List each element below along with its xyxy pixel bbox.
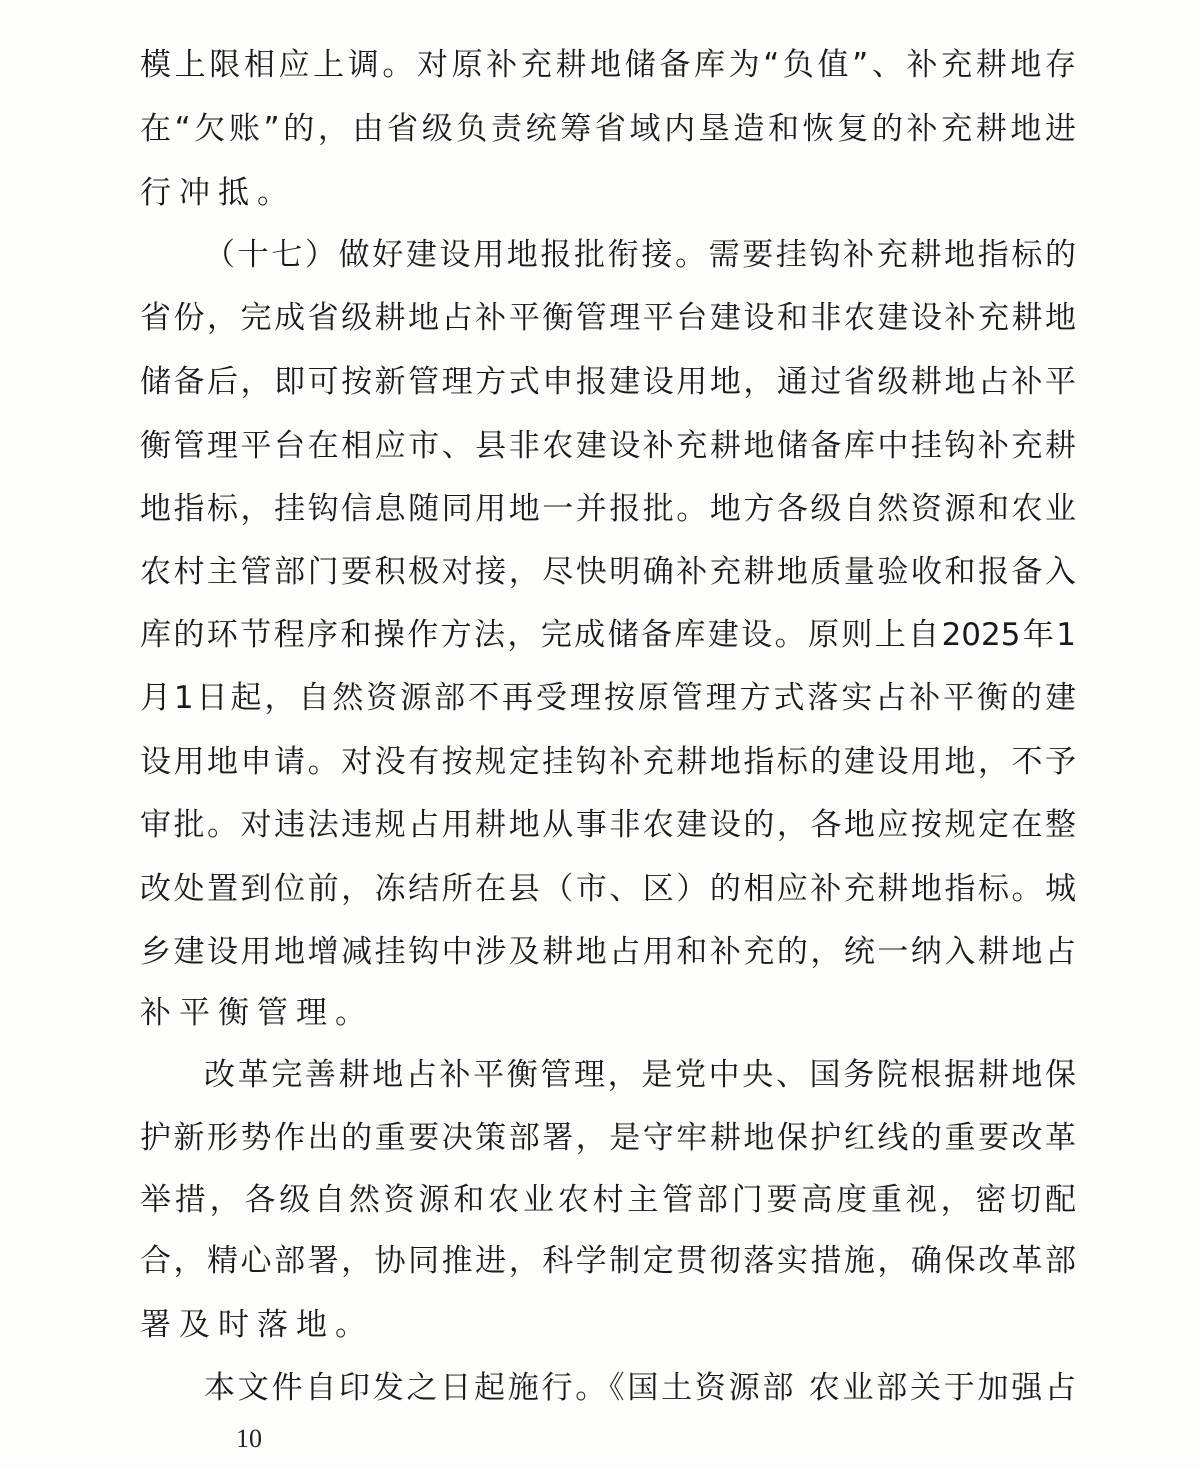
text-line: 乡建设用地增减挂钩中涉及耕地占用和补充的，统一纳入耕地占: [140, 930, 1076, 974]
text-line: 储备后，即可按新管理方式申报建设用地，通过省级耕地占补平: [140, 360, 1076, 404]
text-line: 补平衡管理。: [140, 991, 1076, 1035]
text-line: 行冲抵。: [140, 171, 1076, 215]
text-line: 署及时落地。: [140, 1303, 1076, 1347]
text-line: 举措，各级自然资源和农业农村主管部门要高度重视，密切配: [140, 1178, 1076, 1222]
text-line: 护新形势作出的重要决策部署，是守牢耕地保护红线的重要改革: [140, 1116, 1076, 1160]
text-line: 农村主管部门要积极对接，尽快明确补充耕地质量验收和报备入: [140, 550, 1076, 594]
text-line: 库的环节程序和操作方法，完成储备库建设。原则上自2025年1: [140, 613, 1076, 657]
document-page: 模上限相应上调。对原补充耕地储备库为“负值”、补充耕地存 在“欠账”的，由省级负…: [0, 0, 1200, 1469]
text-line: 地指标，挂钩信息随同用地一并报批。地方各级自然资源和农业: [140, 487, 1076, 531]
text-line: 审批。对违法违规占用耕地从事非农建设的，各地应按规定在整: [140, 803, 1076, 847]
text-line: 在“欠账”的，由省级负责统筹省域内垦造和恢复的补充耕地进: [140, 107, 1076, 151]
text-line: 设用地申请。对没有按规定挂钩补充耕地指标的建设用地，不予: [140, 740, 1076, 784]
text-line: 合，精心部署，协同推进，科学制定贯彻落实措施，确保改革部: [140, 1239, 1076, 1283]
text-line: 模上限相应上调。对原补充耕地储备库为“负值”、补充耕地存: [140, 43, 1076, 87]
text-line: 省份，完成省级耕地占补平衡管理平台建设和非农建设补充耕地: [140, 296, 1076, 340]
text-line: 本文件自印发之日起施行。《国土资源部 农业部关于加强占: [204, 1366, 1076, 1410]
text-line: 衡管理平台在相应市、县非农建设补充耕地储备库中挂钩补充耕: [140, 424, 1076, 468]
page-number: 10: [236, 1424, 262, 1454]
text-line: 改处置到位前，冻结所在县（市、区）的相应补充耕地指标。城: [140, 867, 1076, 911]
text-line: 改革完善耕地占补平衡管理，是党中央、国务院根据耕地保: [204, 1053, 1076, 1097]
section-heading-line: （十七）做好建设用地报批衔接。需要挂钩补充耕地指标的: [204, 233, 1076, 277]
text-line: 月1日起，自然资源部不再受理按原管理方式落实占补平衡的建: [140, 676, 1076, 720]
